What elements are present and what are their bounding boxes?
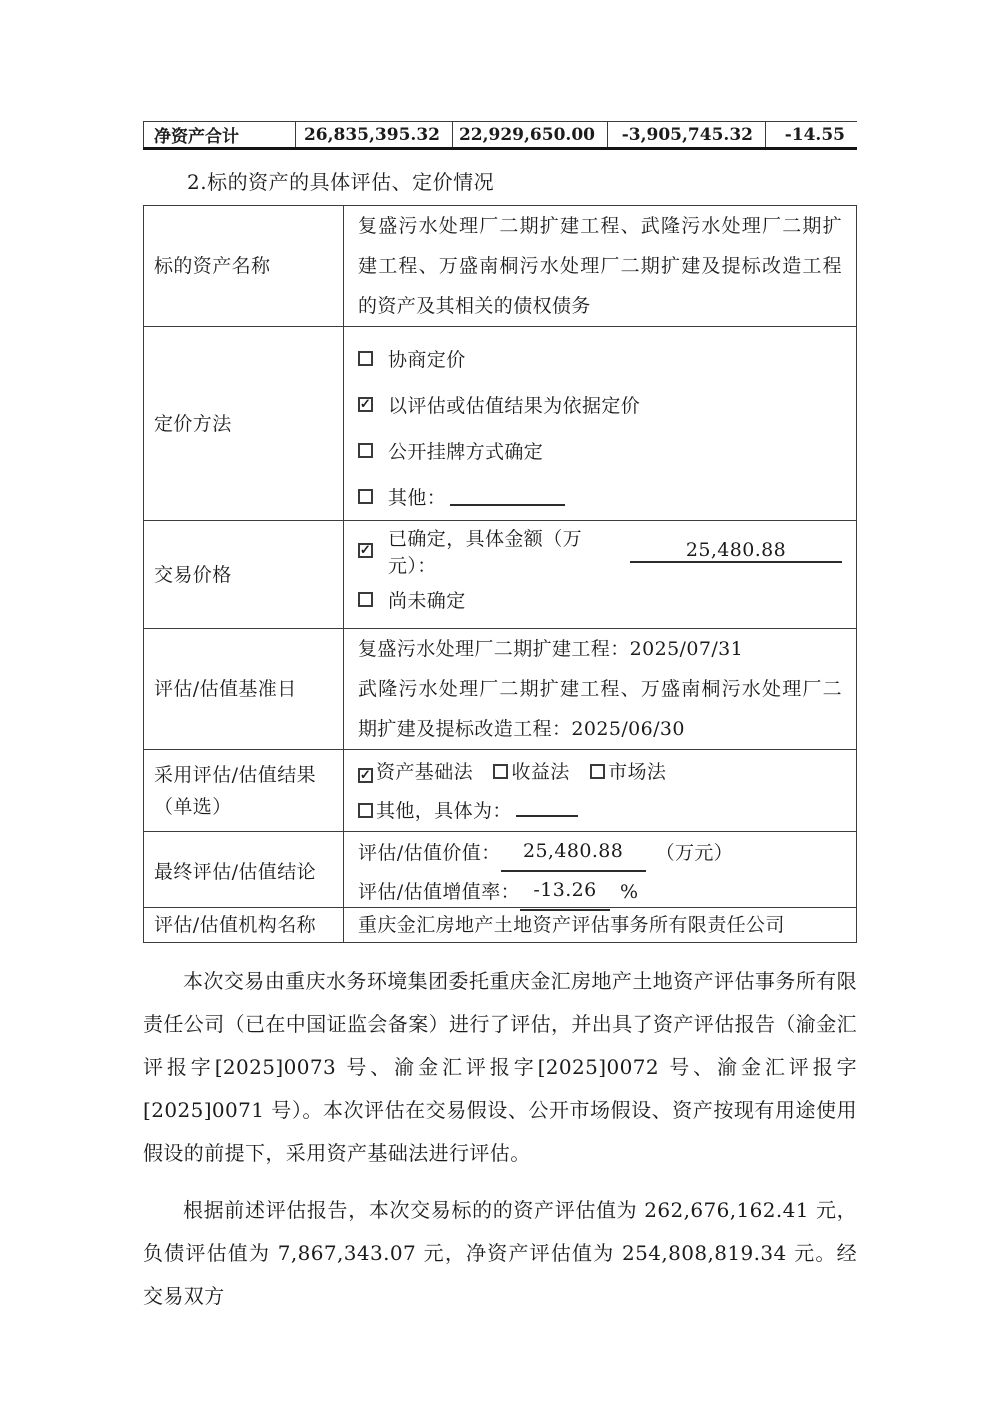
summary-assessed-value: 22,929,650.00 bbox=[452, 122, 607, 147]
row-label: 交易价格 bbox=[144, 521, 344, 628]
option-other-pricing: 其他： bbox=[358, 473, 842, 519]
option-label: 其他，具体为： bbox=[376, 800, 512, 822]
checkbox-icon bbox=[358, 443, 373, 458]
net-assets-summary-row: 净资产合计 26,835,395.32 22,929,650.00 -3,905… bbox=[143, 121, 857, 150]
row-label: 采用评估/估值结果（单选） bbox=[144, 750, 344, 831]
option-label: 其他： bbox=[388, 483, 446, 510]
row-label: 标的资产名称 bbox=[144, 206, 344, 326]
option-label: 尚未确定 bbox=[388, 586, 466, 613]
agency-name: 重庆金汇房地产土地资产评估事务所有限责任公司 bbox=[358, 909, 785, 941]
option-label: 市场法 bbox=[608, 761, 666, 783]
row-label: 评估/估值机构名称 bbox=[144, 908, 344, 942]
option-label: 资产基础法 bbox=[376, 761, 473, 783]
table-row-appraisal-agency: 评估/估值机构名称 重庆金汇房地产土地资产评估事务所有限责任公司 bbox=[144, 907, 856, 942]
blank-underline bbox=[516, 798, 578, 817]
option-asset-based-method: ✓资产基础法 bbox=[358, 761, 473, 783]
table-row-transaction-price: 交易价格 ✓ 已确定，具体金额（万元）： 25,480.88 尚未确定 bbox=[144, 520, 856, 628]
option-negotiated-pricing: 协商定价 bbox=[358, 335, 842, 381]
body-text: 本次交易由重庆水务环境集团委托重庆金汇房地产土地资产评估事务所有限责任公司（已在… bbox=[143, 960, 857, 1318]
summary-change-rate: -14.55 bbox=[765, 122, 857, 147]
checkbox-checked-icon: ✓ bbox=[358, 397, 373, 412]
blank-underline bbox=[450, 487, 565, 506]
option-label: 公开挂牌方式确定 bbox=[388, 437, 543, 464]
option-label: 已确定，具体金额（万元）： bbox=[388, 524, 630, 578]
table-row-final-conclusion: 最终评估/估值结论 评估/估值价值：25,480.88（万元） 评估/估值增值率… bbox=[144, 831, 856, 907]
appreciation-rate-value: -13.26 bbox=[520, 872, 610, 911]
option-other-method: 其他，具体为： bbox=[358, 792, 842, 831]
table-row-asset-name: 标的资产名称 复盛污水处理厂二期扩建工程、武隆污水处理厂二期扩建工程、万盛南桐污… bbox=[144, 206, 856, 326]
option-label: 以评估或估值结果为依据定价 bbox=[388, 391, 640, 418]
table-row-appraisal-method: 采用评估/估值结果（单选） ✓资产基础法 收益法 市场法 其他，具体为： bbox=[144, 749, 856, 831]
paragraph-appraisal-results: 根据前述评估报告，本次交易标的的资产评估值为 262,676,162.41 元，… bbox=[143, 1189, 857, 1318]
option-label: 协商定价 bbox=[388, 345, 466, 372]
transaction-amount-value: 25,480.88 bbox=[630, 539, 842, 563]
summary-label: 净资产合计 bbox=[143, 122, 295, 147]
summary-book-value: 26,835,395.32 bbox=[295, 122, 452, 147]
option-based-on-appraisal: ✓ 以评估或估值结果为依据定价 bbox=[358, 381, 842, 427]
option-price-undetermined: 尚未确定 bbox=[358, 575, 842, 624]
option-income-method: 收益法 bbox=[493, 761, 569, 783]
option-label: 收益法 bbox=[511, 761, 569, 783]
checkbox-checked-icon: ✓ bbox=[358, 768, 373, 783]
option-price-confirmed: ✓ 已确定，具体金额（万元）： 25,480.88 bbox=[358, 526, 842, 575]
asset-name-text: 复盛污水处理厂二期扩建工程、武隆污水处理厂二期扩建工程、万盛南桐污水处理厂二期扩… bbox=[358, 206, 842, 326]
section-heading: 2.标的资产的具体评估、定价情况 bbox=[187, 166, 494, 195]
document-page: 净资产合计 26,835,395.32 22,929,650.00 -3,905… bbox=[0, 0, 1000, 1414]
option-public-listing: 公开挂牌方式确定 bbox=[358, 427, 842, 473]
base-date-line-2: 武隆污水处理厂二期扩建工程、万盛南桐污水处理厂二期扩建及提标改造工程：2025/… bbox=[358, 669, 842, 749]
appraised-value: 25,480.88 bbox=[501, 833, 646, 872]
row-label: 定价方法 bbox=[144, 327, 344, 520]
summary-change-amount: -3,905,745.32 bbox=[607, 122, 765, 147]
table-row-base-date: 评估/估值基准日 复盛污水处理厂二期扩建工程：2025/07/31 武隆污水处理… bbox=[144, 628, 856, 749]
option-market-method: 市场法 bbox=[590, 761, 666, 783]
paragraph-appraisal-commission: 本次交易由重庆水务环境集团委托重庆金汇房地产土地资产评估事务所有限责任公司（已在… bbox=[143, 960, 857, 1175]
appraised-value-unit: （万元） bbox=[656, 842, 734, 864]
row-label: 评估/估值基准日 bbox=[144, 629, 344, 749]
checkbox-icon bbox=[358, 351, 373, 366]
checkbox-icon bbox=[358, 592, 373, 607]
checkbox-icon bbox=[493, 764, 508, 779]
checkbox-icon bbox=[358, 489, 373, 504]
table-row-pricing-method: 定价方法 协商定价 ✓ 以评估或估值结果为依据定价 公开挂牌方式确定 其他： bbox=[144, 326, 856, 520]
appraised-value-line: 评估/估值价值：25,480.88（万元） bbox=[358, 833, 842, 872]
checkbox-icon bbox=[590, 764, 605, 779]
row-label: 最终评估/估值结论 bbox=[144, 832, 344, 911]
checkbox-icon bbox=[358, 803, 373, 818]
base-date-line-1: 复盛污水处理厂二期扩建工程：2025/07/31 bbox=[358, 629, 842, 669]
asset-evaluation-table: 标的资产名称 复盛污水处理厂二期扩建工程、武隆污水处理厂二期扩建工程、万盛南桐污… bbox=[143, 205, 857, 943]
checkbox-checked-icon: ✓ bbox=[358, 543, 373, 558]
percent-sign: % bbox=[620, 881, 638, 903]
appreciation-rate-line: 评估/估值增值率：-13.26% bbox=[358, 872, 842, 911]
